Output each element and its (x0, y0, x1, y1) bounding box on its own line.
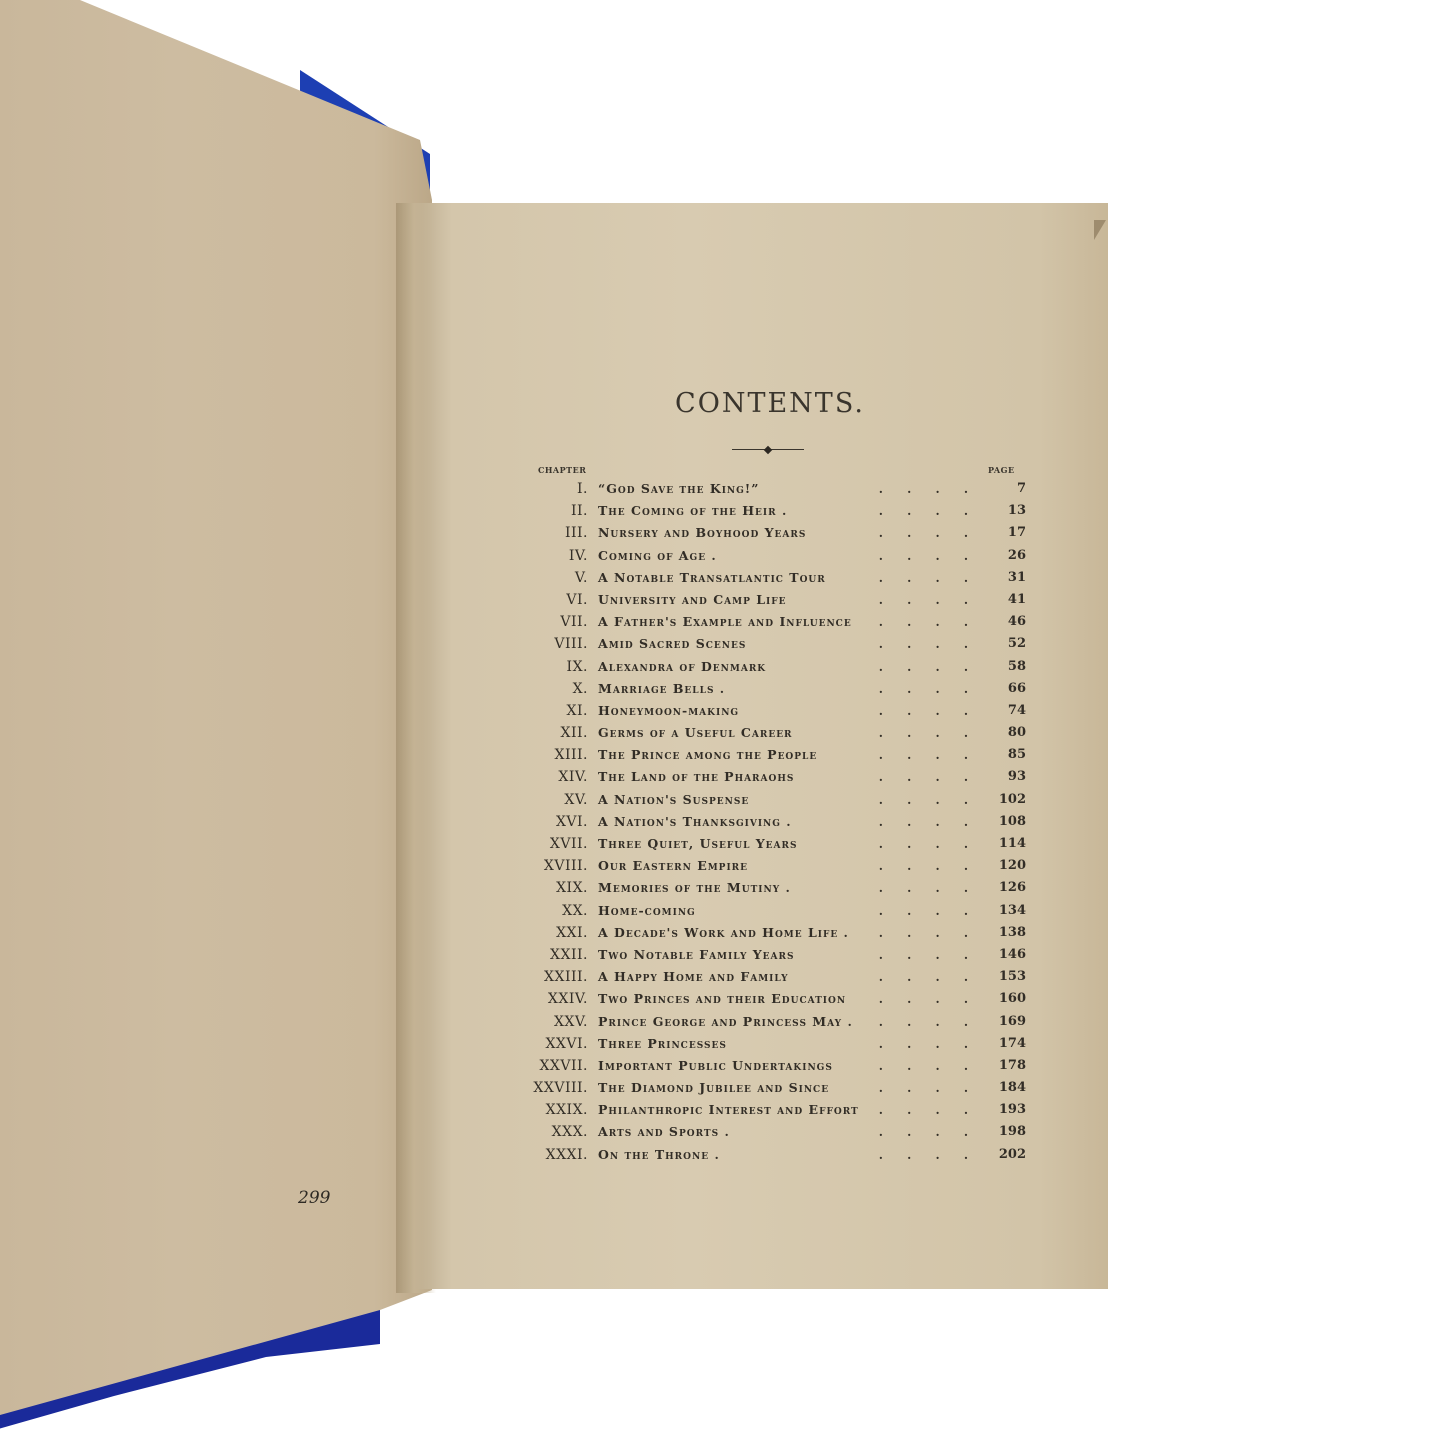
leader-dots: . . . . (870, 478, 968, 500)
leader-dots: . . . . (870, 1011, 968, 1033)
leader-dots: . . . . (870, 522, 968, 544)
chapter-number: XXII. (468, 944, 588, 966)
chapter-title: A Nation's Thanksgiving . (598, 811, 792, 833)
leader-dots: . . . . (870, 722, 968, 744)
chapter-title: Coming of Age . (598, 545, 717, 567)
chapter-number: V. (468, 567, 588, 589)
chapter-title: Philanthropic Interest and Effort (598, 1099, 859, 1121)
chapter-title: The Diamond Jubilee and Since (598, 1077, 829, 1099)
toc-entry: XXIX.Philanthropic Interest and Effort. … (500, 1099, 1040, 1121)
chapter-page-number: 160 (999, 988, 1026, 1010)
toc-entry: XXVIII.The Diamond Jubilee and Since. . … (500, 1077, 1040, 1099)
ornament-divider-icon (732, 447, 804, 453)
chapter-title: Three Princesses (598, 1033, 727, 1055)
chapter-number: X. (468, 678, 588, 700)
leader-dots: . . . . (870, 678, 968, 700)
toc-entry: XIII.The Prince among the People. . . .8… (500, 744, 1040, 766)
chapter-number: VI. (468, 589, 588, 611)
chapter-number: I. (468, 478, 588, 500)
chapter-page-number: 198 (999, 1121, 1026, 1143)
chapter-number: XVIII. (468, 855, 588, 877)
chapter-number: XXX. (468, 1121, 588, 1143)
book-gutter (396, 203, 436, 1293)
chapter-page-number: 174 (999, 1033, 1026, 1055)
chapter-number: II. (468, 500, 588, 522)
chapter-title: University and Camp Life (598, 589, 786, 611)
toc-entry: IX.Alexandra of Denmark. . . .58 (500, 656, 1040, 678)
chapter-page-number: 74 (1008, 700, 1026, 722)
page-column-header: PAGE (988, 465, 1015, 475)
chapter-number: XXIV. (468, 988, 588, 1010)
chapter-title: Nursery and Boyhood Years (598, 522, 806, 544)
chapter-page-number: 153 (999, 966, 1026, 988)
chapter-page-number: 93 (1008, 766, 1026, 788)
chapter-title: Two Notable Family Years (598, 944, 795, 966)
toc-entry: VII.A Father's Example and Influence. . … (500, 611, 1040, 633)
leader-dots: . . . . (870, 877, 968, 899)
leader-dots: . . . . (870, 611, 968, 633)
chapter-number: XX. (468, 900, 588, 922)
chapter-title: The Prince among the People (598, 744, 817, 766)
toc-entry: XV.A Nation's Suspense. . . .102 (500, 789, 1040, 811)
chapter-number: XVI. (468, 811, 588, 833)
chapter-page-number: 126 (999, 877, 1026, 899)
chapter-number: XXVIII. (468, 1077, 588, 1099)
toc-entry: V.A Notable Transatlantic Tour. . . .31 (500, 567, 1040, 589)
toc-entry: XXVII.Important Public Undertakings. . .… (500, 1055, 1040, 1077)
leader-dots: . . . . (870, 1121, 968, 1143)
chapter-title: Alexandra of Denmark (598, 656, 766, 678)
toc-entry: XII.Germs of a Useful Career. . . .80 (500, 722, 1040, 744)
chapter-page-number: 108 (999, 811, 1026, 833)
leader-dots: . . . . (870, 1077, 968, 1099)
chapter-title: On the Throne . (598, 1144, 720, 1166)
chapter-page-number: 178 (999, 1055, 1026, 1077)
chapter-title: The Land of the Pharaohs (598, 766, 794, 788)
chapter-number: XXIX. (468, 1099, 588, 1121)
chapter-page-number: 13 (1008, 500, 1026, 522)
chapter-page-number: 46 (1008, 611, 1026, 633)
chapter-number: III. (468, 522, 588, 544)
leader-dots: . . . . (870, 855, 968, 877)
chapter-number: XIII. (468, 744, 588, 766)
chapter-title: A Happy Home and Family (598, 966, 789, 988)
chapter-title: Honeymoon-making (598, 700, 739, 722)
leader-dots: . . . . (870, 1099, 968, 1121)
chapter-number: VII. (468, 611, 588, 633)
chapter-page-number: 146 (999, 944, 1026, 966)
chapter-number: XXIII. (468, 966, 588, 988)
chapter-page-number: 169 (999, 1011, 1026, 1033)
chapter-number: XXI. (468, 922, 588, 944)
toc-entry: XIX.Memories of the Mutiny .. . . .126 (500, 877, 1040, 899)
chapter-page-number: 80 (1008, 722, 1026, 744)
toc-entry: XXIII.A Happy Home and Family. . . .153 (500, 966, 1040, 988)
chapter-page-number: 41 (1008, 589, 1026, 611)
leader-dots: . . . . (870, 900, 968, 922)
chapter-number: XII. (468, 722, 588, 744)
chapter-number: XV. (468, 789, 588, 811)
chapter-page-number: 202 (999, 1144, 1026, 1166)
toc-entry: VI.University and Camp Life. . . .41 (500, 589, 1040, 611)
left-page (0, 0, 440, 1420)
chapter-title: Home-coming (598, 900, 696, 922)
chapter-number: XXVII. (468, 1055, 588, 1077)
chapter-title: Marriage Bells . (598, 678, 725, 700)
leader-dots: . . . . (870, 789, 968, 811)
leader-dots: . . . . (870, 656, 968, 678)
toc-entry: XXX.Arts and Sports .. . . .198 (500, 1121, 1040, 1143)
leader-dots: . . . . (870, 944, 968, 966)
toc-entry: II.The Coming of the Heir .. . . .13 (500, 500, 1040, 522)
chapter-title: Prince George and Princess May . (598, 1011, 853, 1033)
toc-entry: XIV.The Land of the Pharaohs. . . .93 (500, 766, 1040, 788)
open-book: 299 CONTENTS. CHAPTER PAGE I.“God Save t… (0, 0, 1445, 1445)
chapter-title: Arts and Sports . (598, 1121, 730, 1143)
toc-entry: XVIII.Our Eastern Empire. . . .120 (500, 855, 1040, 877)
toc-entry: XI.Honeymoon-making. . . .74 (500, 700, 1040, 722)
chapter-page-number: 134 (999, 900, 1026, 922)
chapter-number: VIII. (468, 633, 588, 655)
left-page-number: 299 (298, 1188, 330, 1208)
toc-entry: X.Marriage Bells .. . . .66 (500, 678, 1040, 700)
chapter-number: XIX. (468, 877, 588, 899)
leader-dots: . . . . (870, 1055, 968, 1077)
chapter-page-number: 138 (999, 922, 1026, 944)
chapter-number: IX. (468, 656, 588, 678)
leader-dots: . . . . (870, 500, 968, 522)
toc-entry: I.“God Save the King!”. . . .7 (500, 478, 1040, 500)
chapter-page-number: 7 (1017, 478, 1026, 500)
leader-dots: . . . . (870, 811, 968, 833)
chapter-page-number: 193 (999, 1099, 1026, 1121)
chapter-number: XVII. (468, 833, 588, 855)
leader-dots: . . . . (870, 700, 968, 722)
toc-entry: XXIV.Two Princes and their Education. . … (500, 988, 1040, 1010)
toc-entry: XXV.Prince George and Princess May .. . … (500, 1011, 1040, 1033)
leader-dots: . . . . (870, 545, 968, 567)
chapter-title: Important Public Undertakings (598, 1055, 833, 1077)
chapter-number: XXV. (468, 1011, 588, 1033)
chapter-title: Germs of a Useful Career (598, 722, 793, 744)
chapter-title: Memories of the Mutiny . (598, 877, 791, 899)
chapter-page-number: 85 (1008, 744, 1026, 766)
chapter-number: XXVI. (468, 1033, 588, 1055)
chapter-title: Amid Sacred Scenes (598, 633, 746, 655)
table-of-contents: I.“God Save the King!”. . . .7II.The Com… (500, 478, 1040, 1166)
chapter-page-number: 184 (999, 1077, 1026, 1099)
leader-dots: . . . . (870, 633, 968, 655)
toc-entry: XXVI.Three Princesses. . . .174 (500, 1033, 1040, 1055)
leader-dots: . . . . (870, 1144, 968, 1166)
chapter-title: A Notable Transatlantic Tour (598, 567, 826, 589)
leader-dots: . . . . (870, 922, 968, 944)
leader-dots: . . . . (870, 988, 968, 1010)
chapter-title: The Coming of the Heir . (598, 500, 787, 522)
toc-entry: XVI.A Nation's Thanksgiving .. . . .108 (500, 811, 1040, 833)
chapter-title: A Nation's Suspense (598, 789, 749, 811)
chapter-title: A Father's Example and Influence (598, 611, 852, 633)
chapter-page-number: 31 (1008, 567, 1026, 589)
leader-dots: . . . . (870, 744, 968, 766)
chapter-page-number: 58 (1008, 656, 1026, 678)
chapter-page-number: 66 (1008, 678, 1026, 700)
chapter-number: XIV. (468, 766, 588, 788)
leader-dots: . . . . (870, 966, 968, 988)
toc-entry: XXII.Two Notable Family Years. . . .146 (500, 944, 1040, 966)
chapter-page-number: 26 (1008, 545, 1026, 567)
leader-dots: . . . . (870, 1033, 968, 1055)
chapter-page-number: 114 (999, 833, 1026, 855)
leader-dots: . . . . (870, 589, 968, 611)
chapter-title: A Decade's Work and Home Life . (598, 922, 849, 944)
chapter-title: Our Eastern Empire (598, 855, 748, 877)
chapter-page-number: 17 (1008, 522, 1026, 544)
toc-entry: XVII.Three Quiet, Useful Years. . . .114 (500, 833, 1040, 855)
chapter-number: XXXI. (468, 1144, 588, 1166)
chapter-title: Two Princes and their Education (598, 988, 846, 1010)
toc-entry: XXI.A Decade's Work and Home Life .. . .… (500, 922, 1040, 944)
chapter-number: XI. (468, 700, 588, 722)
toc-entry: XX.Home-coming. . . .134 (500, 900, 1040, 922)
chapter-column-header: CHAPTER (538, 465, 586, 475)
chapter-title: Three Quiet, Useful Years (598, 833, 798, 855)
toc-entry: VIII.Amid Sacred Scenes. . . .52 (500, 633, 1040, 655)
chapter-page-number: 102 (999, 789, 1026, 811)
toc-entry: XXXI.On the Throne .. . . .202 (500, 1144, 1040, 1166)
leader-dots: . . . . (870, 833, 968, 855)
leader-dots: . . . . (870, 567, 968, 589)
chapter-page-number: 120 (999, 855, 1026, 877)
contents-heading: CONTENTS. (520, 388, 1020, 419)
toc-entry: III.Nursery and Boyhood Years. . . .17 (500, 522, 1040, 544)
chapter-title: “God Save the King!” (598, 478, 760, 500)
chapter-page-number: 52 (1008, 633, 1026, 655)
chapter-number: IV. (468, 545, 588, 567)
leader-dots: . . . . (870, 766, 968, 788)
toc-entry: IV.Coming of Age .. . . .26 (500, 545, 1040, 567)
